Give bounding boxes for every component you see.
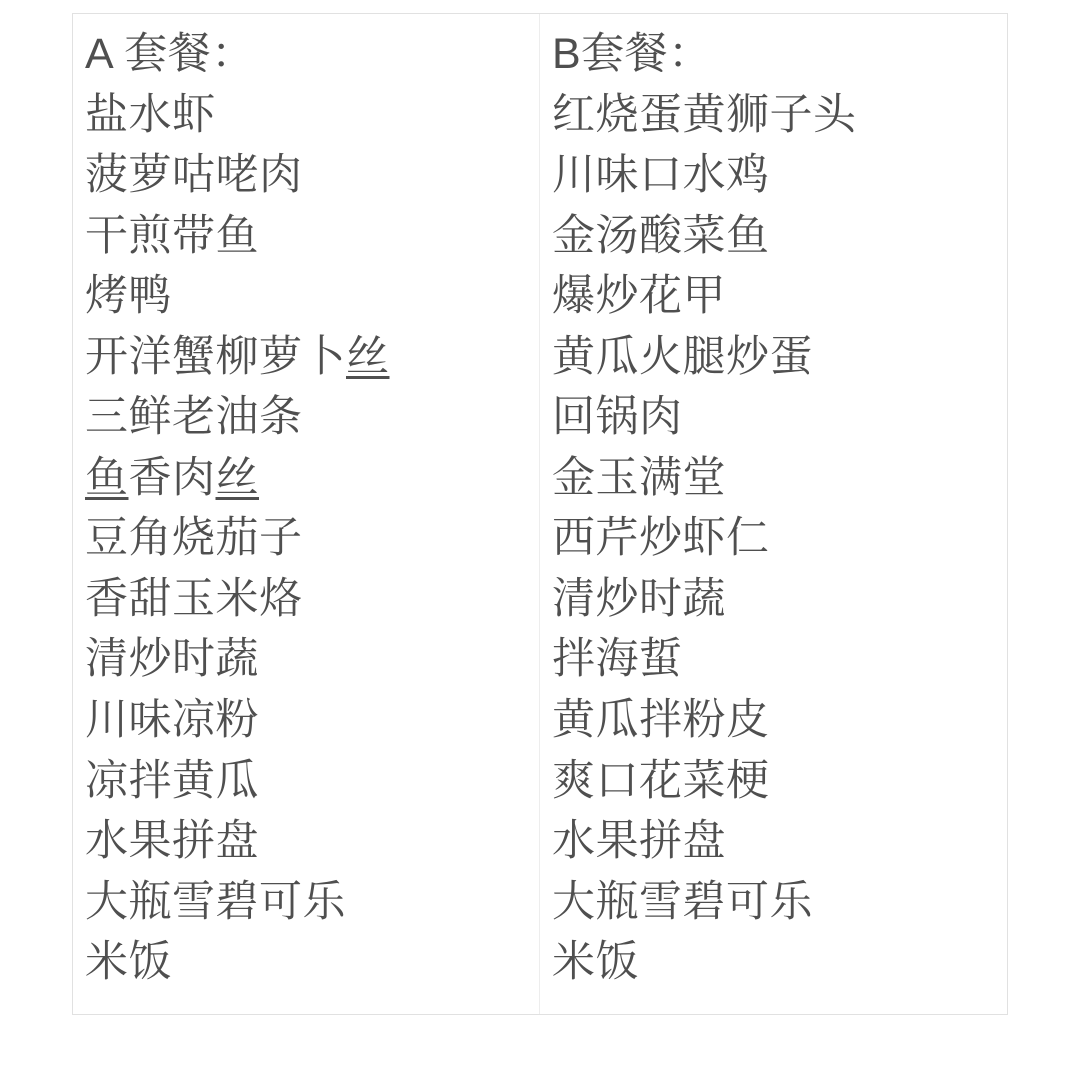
menu-item-text: 烤鸭: [85, 272, 172, 320]
menu-item-text: 香甜玉米烙: [85, 575, 303, 623]
menu-item-text: 爆炒花甲: [552, 272, 726, 320]
menu-item-text: 干煎带鱼: [85, 212, 259, 260]
menu-item: 鱼香肉丝: [85, 448, 539, 509]
menu-item-text-underlined: 丝: [346, 333, 390, 381]
set-meal-b-column: B套餐： 红烧蛋黄狮子头川味口水鸡金汤酸菜鱼爆炒花甲黄瓜火腿炒蛋回锅肉金玉满堂西…: [539, 14, 1007, 1014]
menu-item-text: 黄瓜火腿炒蛋: [552, 333, 813, 381]
menu-item-text: 清炒时蔬: [85, 635, 259, 683]
menu-item-text: 回锅肉: [552, 393, 683, 441]
menu-item: 清炒时蔬: [85, 629, 539, 690]
menu-item-text: 盐水虾: [85, 91, 216, 139]
menu-item: 大瓶雪碧可乐: [552, 872, 1007, 933]
menu-item: 干煎带鱼: [85, 206, 539, 267]
menu-item: 盐水虾: [85, 85, 539, 146]
menu-item-text: 爽口花菜梗: [552, 757, 770, 805]
menu-item: 豆角烧茄子: [85, 508, 539, 569]
menu-item: 大瓶雪碧可乐: [85, 872, 539, 933]
menu-item: 菠萝咕咾肉: [85, 145, 539, 206]
menu-item: 三鲜老油条: [85, 387, 539, 448]
menu-item: 金玉满堂: [552, 448, 1007, 509]
menu-item-text: 川味口水鸡: [552, 151, 770, 199]
menu-item-text: 黄瓜拌粉皮: [552, 696, 770, 744]
menu-item-text: 豆角烧茄子: [85, 514, 303, 562]
menu-item-text: 清炒时蔬: [552, 575, 726, 623]
menu-item-text: 米饭: [552, 938, 639, 986]
menu-item-text: 凉拌黄瓜: [85, 757, 259, 805]
menu-item: 开洋蟹柳萝卜丝: [85, 327, 539, 388]
set-meal-b-header: B套餐：: [552, 24, 1007, 85]
menu-item: 米饭: [552, 932, 1007, 993]
menu-item: 黄瓜拌粉皮: [552, 690, 1007, 751]
menu-item: 西芹炒虾仁: [552, 508, 1007, 569]
menu-item-text: 香肉: [129, 454, 216, 502]
menu-item-text: 水果拼盘: [552, 817, 726, 865]
menu-item: 水果拼盘: [552, 811, 1007, 872]
menu-item-text-underlined: 鱼: [85, 454, 129, 502]
set-meal-a-column: A 套餐： 盐水虾菠萝咕咾肉干煎带鱼烤鸭开洋蟹柳萝卜丝三鲜老油条鱼香肉丝豆角烧茄…: [73, 14, 539, 1014]
menu-item: 川味凉粉: [85, 690, 539, 751]
menu-item: 凉拌黄瓜: [85, 751, 539, 812]
menu-item: 爽口花菜梗: [552, 751, 1007, 812]
set-meal-a-header: A 套餐：: [85, 24, 539, 85]
menu-item-text: 开洋蟹柳萝卜: [85, 333, 346, 381]
menu-item-text-underlined: 丝: [216, 454, 260, 502]
menu-item-text: 川味凉粉: [85, 696, 259, 744]
menu-item: 爆炒花甲: [552, 266, 1007, 327]
menu-item: 金汤酸菜鱼: [552, 206, 1007, 267]
menu-item-text: 西芹炒虾仁: [552, 514, 770, 562]
menu-item: 水果拼盘: [85, 811, 539, 872]
menu-item: 川味口水鸡: [552, 145, 1007, 206]
menu-item-text: 红烧蛋黄狮子头: [552, 91, 857, 139]
menu-item-text: 大瓶雪碧可乐: [552, 878, 813, 926]
menu-item-text: 大瓶雪碧可乐: [85, 878, 346, 926]
menu-item-text: 金汤酸菜鱼: [552, 212, 770, 260]
menu-item: 黄瓜火腿炒蛋: [552, 327, 1007, 388]
menu-item-text: 菠萝咕咾肉: [85, 151, 303, 199]
menu-table: A 套餐： 盐水虾菠萝咕咾肉干煎带鱼烤鸭开洋蟹柳萝卜丝三鲜老油条鱼香肉丝豆角烧茄…: [72, 13, 1008, 1015]
menu-item-text: 三鲜老油条: [85, 393, 303, 441]
menu-item: 米饭: [85, 932, 539, 993]
menu-item-text: 米饭: [85, 938, 172, 986]
menu-item: 清炒时蔬: [552, 569, 1007, 630]
menu-item: 拌海蜇: [552, 629, 1007, 690]
menu-item-text: 金玉满堂: [552, 454, 726, 502]
menu-item: 回锅肉: [552, 387, 1007, 448]
menu-item: 香甜玉米烙: [85, 569, 539, 630]
menu-item-text: 拌海蜇: [552, 635, 683, 683]
menu-item: 红烧蛋黄狮子头: [552, 85, 1007, 146]
menu-item-text: 水果拼盘: [85, 817, 259, 865]
menu-item: 烤鸭: [85, 266, 539, 327]
